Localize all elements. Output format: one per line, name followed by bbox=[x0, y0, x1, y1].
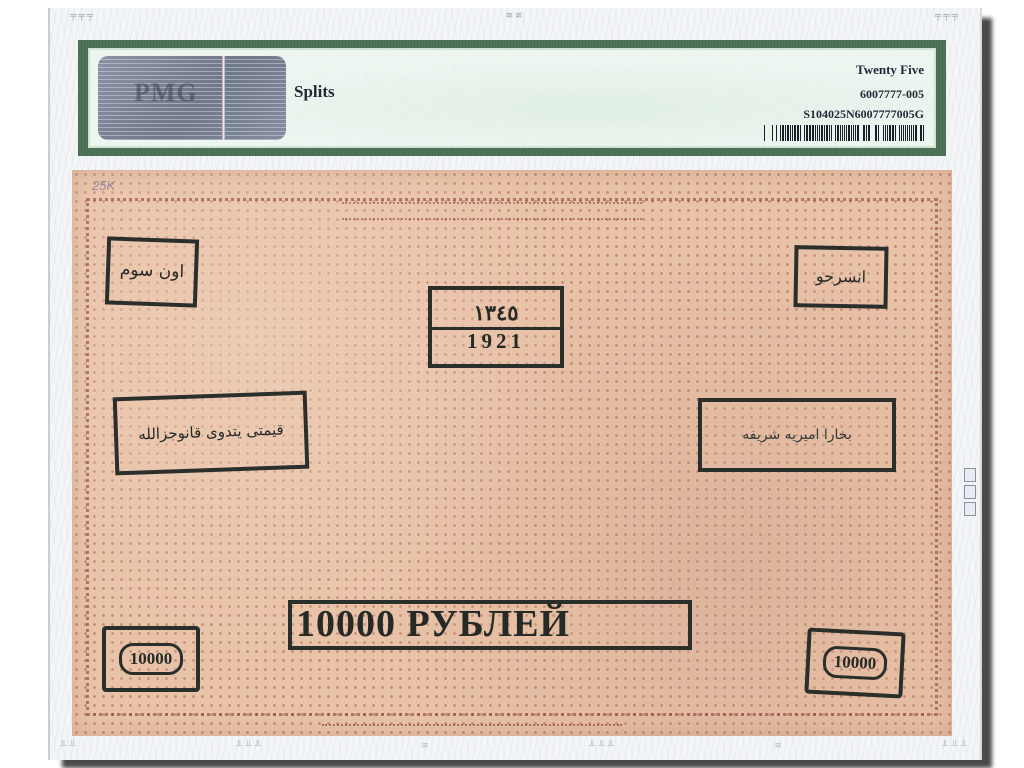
note-top-ornament-band bbox=[342, 202, 642, 220]
date-stamp: ١٣٤٥ 1921 bbox=[428, 286, 564, 368]
seal-stamp-top-left: اون سوم bbox=[105, 236, 199, 307]
pencil-annotation: 25K bbox=[92, 178, 115, 193]
certification-number: 6007777-005 bbox=[764, 87, 924, 102]
grading-label-panel: PMG Splits Twenty Five 6007777-005 S1040… bbox=[88, 48, 936, 148]
corner-value-stamp-right: 10000 bbox=[804, 627, 905, 698]
slab-bottom-security-marks: ╨╨╨╨╨≋╨╨╨≋╨╨╨ bbox=[60, 740, 970, 756]
seal-stamp-top-right: انسرحو bbox=[793, 245, 888, 309]
grading-label: PMG Splits Twenty Five 6007777-005 S1040… bbox=[78, 40, 946, 156]
grade-text: Twenty Five bbox=[764, 62, 924, 78]
date-stamp-hijri: ١٣٤٥ bbox=[432, 302, 560, 329]
serial-code: S104025N6007777005G bbox=[764, 107, 924, 122]
denomination-stamp: 10000 РУБЛЕЙ bbox=[288, 600, 692, 650]
corner-value-right-text: 10000 bbox=[822, 645, 888, 680]
grade-info: Twenty Five 6007777-005 S104025N60077770… bbox=[764, 62, 924, 141]
pmg-logo: PMG bbox=[134, 78, 198, 108]
slab-side-notches bbox=[964, 468, 976, 528]
slab-top-security-marks: ╤╤╤≋≋╤╤╤ bbox=[70, 10, 960, 28]
corner-value-stamp-left: 10000 bbox=[102, 626, 200, 692]
pmg-hologram: PMG bbox=[98, 56, 286, 140]
hologram-security-stripe bbox=[222, 56, 225, 140]
date-stamp-year: 1921 bbox=[432, 330, 560, 352]
inscription-stamp-right: بخارا امیریه شریفه bbox=[698, 398, 896, 472]
note-bottom-ornament-band bbox=[322, 714, 622, 726]
inscription-stamp-left: قیمتی یتدوی قانوجزالله bbox=[113, 391, 310, 476]
corner-value-left-text: 10000 bbox=[119, 643, 184, 675]
banknote-reverse: 25K اون سوم انسرحو ١٣٤٥ 1921 قیمتی یتدوی… bbox=[72, 170, 952, 736]
barcode bbox=[764, 125, 924, 141]
grade-designation: Splits bbox=[294, 82, 335, 102]
